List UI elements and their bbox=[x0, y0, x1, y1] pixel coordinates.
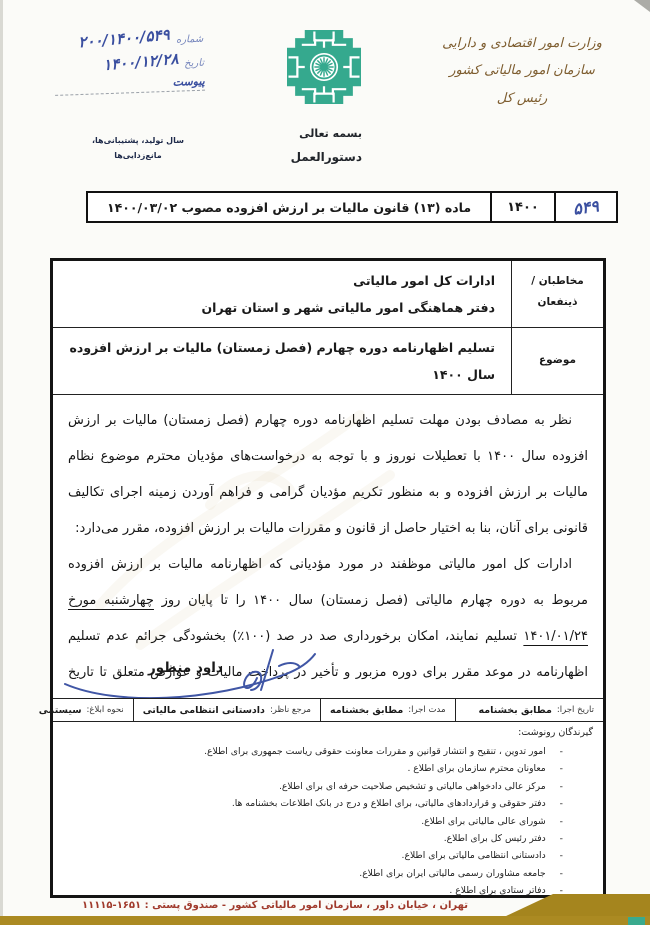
tax-administration-logo-icon bbox=[287, 28, 361, 106]
signatory-name: داود منظور bbox=[148, 660, 223, 676]
year-slogan: سال تولید، پشتیبانی‌ها، مانع‌زدایی‌ها bbox=[86, 133, 190, 163]
execution-date-cell: تاریخ اجرا: مطابق بخشنامه bbox=[455, 699, 604, 721]
stamp-date-row: تاریخ ۱۴۰۰/۱۲/۲۸ bbox=[14, 51, 205, 76]
handwritten-stamp-block: شماره ۲۰۰/۱۴۰۰/۵۴۹ تاریخ ۱۴۰۰/۱۲/۲۸ پیوس… bbox=[13, 27, 205, 98]
execution-date-label: تاریخ اجرا: bbox=[557, 705, 594, 715]
directive-body: نظر به مصادف بودن مهلت تسلیم اظهارنامه د… bbox=[53, 395, 603, 727]
execution-date-value: مطابق بخشنامه bbox=[479, 705, 552, 716]
cc-item: دادستانی انتظامی مالیاتی برای اطلاع. bbox=[63, 847, 563, 864]
scanned-directive-page: شماره ۲۰۰/۱۴۰۰/۵۴۹ تاریخ ۱۴۰۰/۱۲/۲۸ پیوس… bbox=[0, 0, 650, 925]
addressees-label-line1: مخاطبان / bbox=[512, 271, 603, 292]
addressees-label-line2: ذینفعان bbox=[512, 292, 603, 313]
addressees-value-line2: دفتر هماهنگی امور مالیاتی شهر و استان ته… bbox=[69, 295, 495, 322]
footer-address: تهران ، خیابان داور ، سازمان امور مالیات… bbox=[45, 900, 505, 911]
cc-header: گیرندگان رونوشت: bbox=[63, 727, 593, 738]
addressees-value-line1: ادارات کل امور مالیاتی bbox=[69, 268, 495, 295]
stamp-date-value: ۱۴۰۰/۱۲/۲۸ bbox=[102, 50, 179, 75]
cc-recipients-section: گیرندگان رونوشت: امور تدوین ، تنقیح و ان… bbox=[53, 722, 603, 895]
notification-method-label: نحوه ابلاغ: bbox=[87, 705, 124, 715]
execution-info-row: تاریخ اجرا: مطابق بخشنامه مدت اجرا: مطاب… bbox=[53, 698, 603, 722]
directive-header-bar: ۵۴۹ ۱۴۰۰ ماده (۱۳) قانون مالیات بر ارزش … bbox=[86, 191, 618, 223]
supervising-authority-label: مرجع ناظر: bbox=[270, 705, 311, 715]
directive-year-cell: ۱۴۰۰ bbox=[490, 193, 554, 221]
cc-list: امور تدوین ، تنقیح و انتشار قوانین و مقر… bbox=[63, 743, 563, 900]
stamp-number-row: شماره ۲۰۰/۱۴۰۰/۵۴۹ bbox=[13, 27, 204, 52]
scan-edge-artifact bbox=[0, 0, 3, 925]
supervising-authority-cell: مرجع ناظر: دادستانی انتظامی مالیاتی bbox=[133, 699, 320, 721]
directive-title: ماده (۱۳) قانون مالیات بر ارزش افزوده مص… bbox=[88, 193, 490, 221]
cc-item: شورای عالی مالیاتی برای اطلاع. bbox=[63, 813, 563, 830]
addressees-value: ادارات کل امور مالیاتی دفتر هماهنگی امور… bbox=[53, 261, 511, 328]
directive-main-box: مخاطبان / ذینفعان ادارات کل امور مالیاتی… bbox=[50, 258, 606, 898]
execution-duration-cell: مدت اجرا: مطابق بخشنامه bbox=[320, 699, 455, 721]
cc-item: مرکز عالی دادخواهی مالیاتی و تشخیص صلاحی… bbox=[63, 778, 563, 795]
stamp-attachment-label: پیوست bbox=[55, 75, 205, 96]
directive-number-handwritten: ۵۴۹ bbox=[572, 196, 600, 218]
ministry-name: وزارت امور اقتصادی و دارایی bbox=[416, 30, 628, 57]
body-paragraph-1: نظر به مصادف بودن مهلت تسلیم اظهارنامه د… bbox=[68, 403, 588, 547]
cc-item: امور تدوین ، تنقیح و انتشار قوانین و مقر… bbox=[63, 743, 563, 760]
stamp-date-label: تاریخ bbox=[184, 58, 204, 70]
addressees-label: مخاطبان / ذینفعان bbox=[511, 261, 603, 328]
year-slogan-line1: سال تولید، پشتیبانی‌ها، bbox=[86, 133, 190, 148]
office-title: رئیس کل bbox=[416, 85, 628, 112]
corner-smudge-artifact bbox=[634, 0, 650, 12]
footer-teal-square bbox=[628, 917, 645, 925]
stamp-number-value: ۲۰۰/۱۴۰۰/۵۴۹ bbox=[78, 26, 171, 52]
directive-number-cell: ۵۴۹ bbox=[554, 193, 616, 221]
notification-method-cell: نحوه ابلاغ: سیستمی bbox=[30, 699, 133, 721]
subject-value: تسلیم اظهارنامه دوره چهارم (فصل زمستان) … bbox=[53, 328, 511, 394]
cc-item: دفتر رئیس کل برای اطلاع. bbox=[63, 830, 563, 847]
execution-duration-label: مدت اجرا: bbox=[408, 705, 445, 715]
stamp-number-label: شماره bbox=[176, 34, 204, 46]
letterhead-calligraphy: وزارت امور اقتصادی و دارایی سازمان امور … bbox=[416, 30, 628, 112]
cc-item: دفتر حقوقی و قراردادهای مالیاتی، برای اط… bbox=[63, 795, 563, 812]
subject-label: موضوع bbox=[511, 328, 603, 394]
organization-name: سازمان امور مالیاتی کشور bbox=[416, 57, 628, 84]
year-slogan-line2: مانع‌زدایی‌ها bbox=[86, 148, 190, 163]
notification-method-value: سیستمی bbox=[39, 705, 82, 716]
center-heading-block: بسمه تعالی دستورالعمل bbox=[290, 127, 362, 164]
cc-item: معاونان محترم سازمان برای اطلاع . bbox=[63, 760, 563, 777]
bismillah-text: بسمه تعالی bbox=[290, 127, 362, 140]
cc-item: جامعه مشاوران رسمی مالیاتی ایران برای اط… bbox=[63, 865, 563, 882]
execution-duration-value: مطابق بخشنامه bbox=[330, 705, 403, 716]
addressees-subject-table: مخاطبان / ذینفعان ادارات کل امور مالیاتی… bbox=[53, 261, 603, 395]
supervising-authority-value: دادستانی انتظامی مالیاتی bbox=[143, 705, 265, 716]
doc-type-heading: دستورالعمل bbox=[290, 150, 362, 164]
